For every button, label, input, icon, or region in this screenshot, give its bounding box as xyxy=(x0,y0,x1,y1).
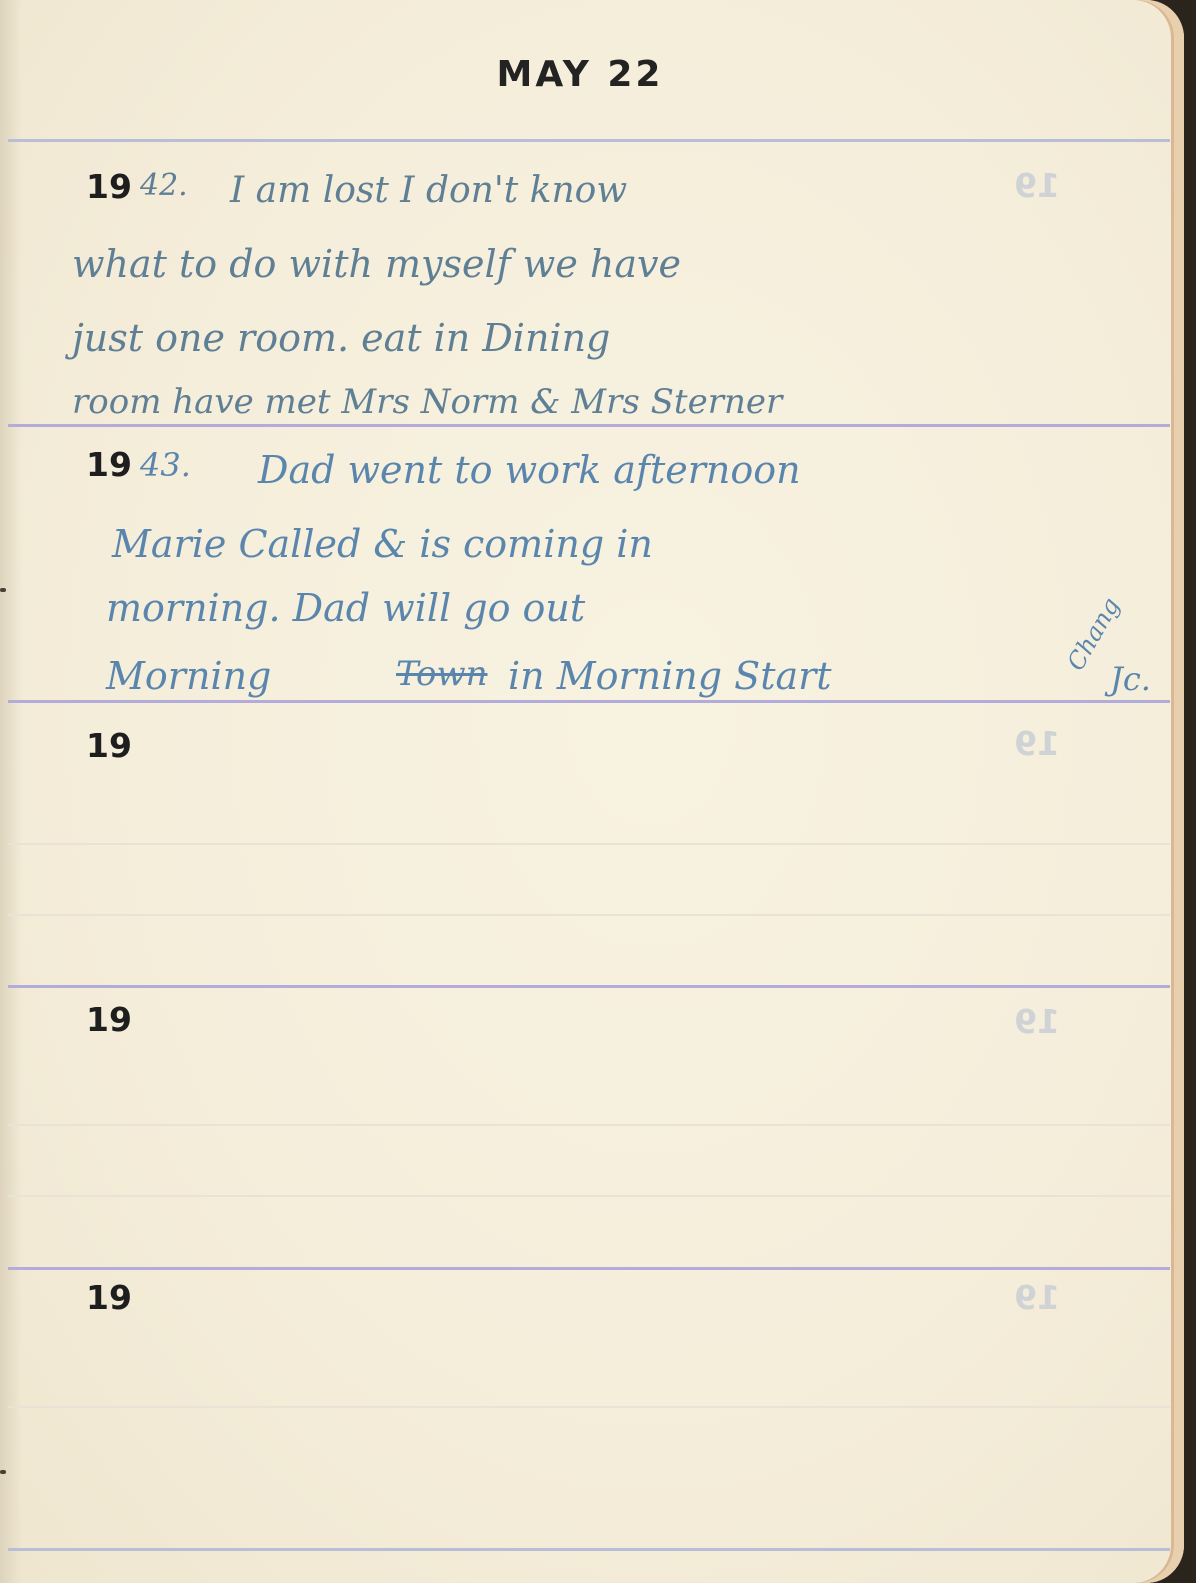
year-label: 19 xyxy=(86,1000,132,1039)
handwritten-year-suffix: 43. xyxy=(140,446,191,484)
year-label: 19 xyxy=(86,167,132,206)
minor-rule xyxy=(8,914,1170,916)
entry-line: Dad went to work afternoon xyxy=(258,448,801,492)
section-rule xyxy=(8,1548,1170,1551)
year-label: 19 xyxy=(86,726,132,765)
minor-rule xyxy=(8,1406,1170,1408)
minor-rule xyxy=(8,1195,1170,1197)
minor-rule xyxy=(8,1124,1170,1126)
entry-line: Marie Called & is coming in xyxy=(112,522,653,566)
section-rule xyxy=(8,1267,1170,1270)
diary-page: MAY 22 19 19 19 19 19 42. I am lost I do… xyxy=(0,0,1184,1583)
section-rule xyxy=(8,139,1170,142)
section-rule xyxy=(8,424,1170,427)
bleed-through-year: 19 xyxy=(1014,166,1060,205)
entry-line: in Morning Start xyxy=(508,654,832,698)
section-rule xyxy=(8,700,1170,703)
binding-shadow xyxy=(0,0,22,1583)
date-heading: MAY 22 xyxy=(0,54,1160,95)
year-label: 19 xyxy=(86,445,132,484)
entry-line: morning. Dad will go out xyxy=(106,586,585,630)
handwritten-year-suffix: 42. xyxy=(140,168,188,203)
section-rule xyxy=(8,985,1170,988)
binding-stitch xyxy=(0,1470,6,1474)
entry-line: I am lost I don't know xyxy=(230,170,627,211)
binding-stitch xyxy=(0,588,6,592)
year-label: 19 xyxy=(86,1278,132,1317)
minor-rule xyxy=(8,843,1170,845)
entry-initials: Jc. xyxy=(1110,660,1151,698)
entry-line: room have met Mrs Norm & Mrs Sterner xyxy=(72,382,782,422)
entry-line: what to do with myself we have xyxy=(72,242,681,286)
bleed-through-year: 19 xyxy=(1014,1002,1060,1041)
bleed-through-year: 19 xyxy=(1014,1278,1060,1317)
entry-line: Morning xyxy=(106,654,271,698)
entry-line: just one room. eat in Dining xyxy=(72,316,610,360)
bleed-through-year: 19 xyxy=(1014,724,1060,763)
struck-word: Town xyxy=(396,654,488,694)
